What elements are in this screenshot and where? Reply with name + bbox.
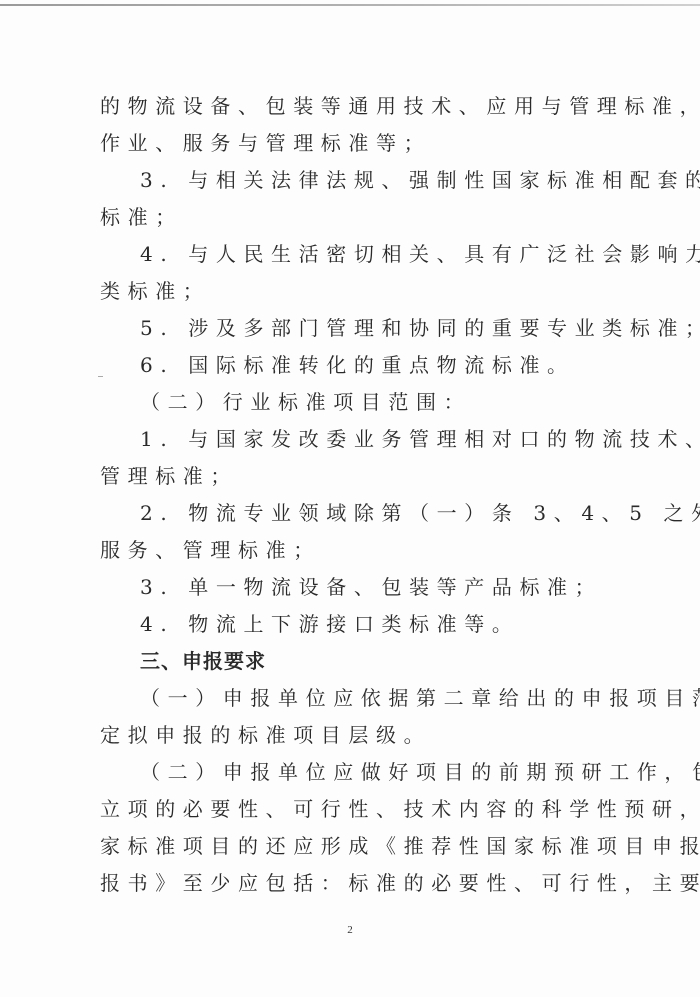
scan-top-border: [0, 4, 700, 6]
list-item-3: 3. 与相关法律法规、强制性国家标准相配套的专业类: [100, 162, 600, 199]
body-line: 服务、管理标准；: [100, 532, 600, 569]
list-item-5: 5. 涉及多部门管理和协同的重要专业类标准；: [100, 310, 600, 347]
section-heading: 三、申报要求: [100, 643, 600, 680]
paragraph-line: （一）申报单位应依据第二章给出的申报项目范围，确: [100, 680, 600, 717]
paragraph-line: 定拟申报的标准项目层级。: [100, 717, 600, 754]
list-item-4b: 4. 物流上下游接口类标准等。: [100, 606, 600, 643]
list-item-1: 1. 与国家发改委业务管理相对口的物流技术、服务、: [100, 421, 600, 458]
paragraph-line: （二）申报单位应做好项目的前期预研工作，包括项目: [100, 754, 600, 791]
list-item-4: 4. 与人民生活密切相关、具有广泛社会影响力的专业: [100, 236, 600, 273]
body-line: 类标准；: [100, 273, 600, 310]
list-item-3b: 3. 单一物流设备、包装等产品标准；: [100, 569, 600, 606]
paragraph-line: 立项的必要性、可行性、技术内容的科学性预研，拟申报国: [100, 791, 600, 828]
document-page: 的物流设备、包装等通用技术、应用与管理标准，通用物流 作业、服务与管理标准等； …: [100, 88, 600, 902]
body-line: 标准；: [100, 199, 600, 236]
body-line: 的物流设备、包装等通用技术、应用与管理标准，通用物流: [100, 88, 600, 125]
list-item-6: 6. 国际标准转化的重点物流标准。: [100, 347, 600, 384]
subsection-title-industry-standards: （二）行业标准项目范围：: [100, 384, 600, 421]
page-number: 2: [0, 924, 700, 936]
paragraph-line: 家标准项目的还应形成《推荐性国家标准项目申报书》，《申: [100, 828, 600, 865]
list-item-2: 2. 物流专业领域除第（一）条 3、4、5 之外的技术、: [100, 495, 600, 532]
body-line: 管理标准；: [100, 458, 600, 495]
paragraph-line: 报书》至少应包括：标准的必要性、可行性，主要技术要求，: [100, 865, 600, 902]
body-line: 作业、服务与管理标准等；: [100, 125, 600, 162]
